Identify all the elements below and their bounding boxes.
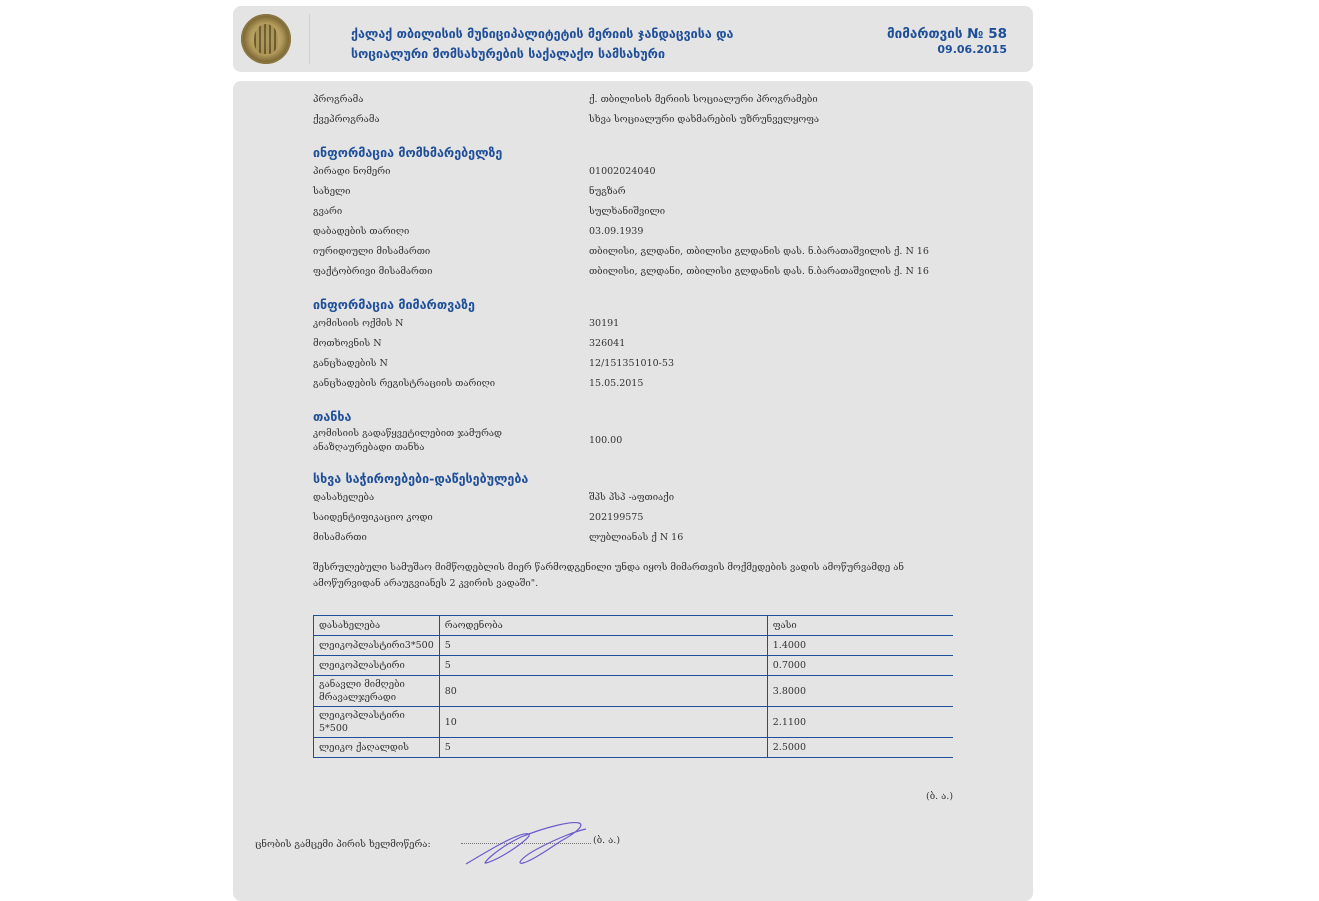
row-label: სახელი bbox=[313, 185, 589, 199]
beneficiary-section: ინფორმაცია მომხმარებელზე პირადი ნომერი 0… bbox=[313, 144, 953, 282]
row-label: განცხადების N bbox=[313, 357, 589, 371]
program-section: პროგრამა ქ. თბილისის მერიის სოციალური პრ… bbox=[313, 90, 953, 130]
header-divider bbox=[309, 14, 310, 64]
table-row: ლეიკო ქაღალდის 5 2.5000 bbox=[314, 738, 954, 758]
item-price: 0.7000 bbox=[767, 656, 953, 676]
section-title: ინფორმაცია მიმართვაზე bbox=[313, 296, 953, 314]
amount-section: თანხა კომისიის გადაწყვეტილებით ჯამურად ა… bbox=[313, 408, 953, 456]
info-row: გვარი სულხანიშვილი bbox=[313, 202, 953, 222]
section-title: სხვა საჭიროებები-დაწესებულება bbox=[313, 470, 953, 488]
item-name: ლეიკო ქაღალდის bbox=[314, 738, 440, 758]
row-label: კომისიის გადაწყვეტილებით ჯამურად ანაზღაუ… bbox=[313, 427, 589, 455]
row-value: ქ. თბილისის მერიის სოციალური პროგრამები bbox=[589, 93, 953, 107]
item-price: 2.5000 bbox=[767, 738, 953, 758]
row-label: მოთხოვნის N bbox=[313, 337, 589, 351]
item-name: ლეიკოპლასტირი3*500 bbox=[314, 636, 440, 656]
org-title-line1: ქალაქ თბილისის მუნიციპალიტეტის მერიის ჯა… bbox=[351, 24, 811, 44]
item-quantity: 5 bbox=[439, 656, 767, 676]
row-value: 15.05.2015 bbox=[589, 377, 953, 391]
row-label: საიდენტიფიკაციო კოდი bbox=[313, 511, 589, 525]
document-body: პროგრამა ქ. თბილისის მერიის სოციალური პრ… bbox=[233, 81, 1033, 877]
table-row: ლეიკოპლასტირი 5 0.7000 bbox=[314, 656, 954, 676]
info-row: სახელი ნუგზარ bbox=[313, 182, 953, 202]
row-value: 100.00 bbox=[589, 434, 953, 448]
table-row: ლეიკოპლასტირი 5*500 10 2.1100 bbox=[314, 707, 954, 738]
row-value: 30191 bbox=[589, 317, 953, 331]
row-label: ფაქტობრივი მისამართი bbox=[313, 265, 589, 279]
row-label: პროგრამა bbox=[313, 93, 589, 107]
item-quantity: 5 bbox=[439, 636, 767, 656]
referral-section: ინფორმაცია მიმართვაზე კომისიის ოქმის N 3… bbox=[313, 296, 953, 394]
item-price: 1.4000 bbox=[767, 636, 953, 656]
table-header-row: დასახელება რაოდენობა ფასი bbox=[314, 616, 954, 636]
terms-note: შესრულებული სამუშაო მიმწოდებლის მიერ წარ… bbox=[313, 560, 953, 592]
item-quantity: 80 bbox=[439, 676, 767, 707]
row-label: გვარი bbox=[313, 205, 589, 219]
row-label: დასახელება bbox=[313, 491, 589, 505]
table-row: ლეიკოპლასტირი3*500 5 1.4000 bbox=[314, 636, 954, 656]
table-row: განავლი მიმღები მრავალჯერადი 80 3.8000 bbox=[314, 676, 954, 707]
row-value: თბილისი, გლდანი, თბილისი გლდანის დას. ნ.… bbox=[589, 265, 953, 279]
item-name: ლეიკოპლასტირი bbox=[314, 656, 440, 676]
info-row: კომისიის გადაწყვეტილებით ჯამურად ანაზღაუ… bbox=[313, 426, 953, 456]
row-label: იურიდიული მისამართი bbox=[313, 245, 589, 259]
referral-date: 09.06.2015 bbox=[887, 43, 1007, 57]
section-title: ინფორმაცია მომხმარებელზე bbox=[313, 144, 953, 162]
row-value: ლუბლიანას ქ N 16 bbox=[589, 531, 953, 545]
item-price: 3.8000 bbox=[767, 676, 953, 707]
stamp-placeholder: (ბ. ა.) bbox=[926, 791, 953, 802]
city-emblem-logo bbox=[241, 14, 291, 64]
info-row: დაბადების თარიღი 03.09.1939 bbox=[313, 222, 953, 242]
item-name: განავლი მიმღები მრავალჯერადი bbox=[314, 676, 440, 707]
row-value: 326041 bbox=[589, 337, 953, 351]
item-price: 2.1100 bbox=[767, 707, 953, 738]
info-row: მოთხოვნის N 326041 bbox=[313, 334, 953, 354]
row-label: მისამართი bbox=[313, 531, 589, 545]
row-value: სხვა სოციალური დახმარების უზრუნველყოფა bbox=[589, 113, 953, 127]
item-quantity: 10 bbox=[439, 707, 767, 738]
row-value: 12/151351010-53 bbox=[589, 357, 953, 371]
row-value: ნუგზარ bbox=[589, 185, 953, 199]
row-value: თბილისი, გლდანი, თბილისი გლდანის დას. ნ.… bbox=[589, 245, 953, 259]
info-row: განცხადების რეგისტრაციის თარიღი 15.05.20… bbox=[313, 374, 953, 394]
row-value: შპს პსპ -აფთიაქი bbox=[589, 491, 953, 505]
signature-label: ცნობის გამცემი პირის ხელმოწერა: bbox=[255, 839, 431, 850]
referral-number-block: მიმართვის № 58 09.06.2015 bbox=[887, 25, 1007, 57]
row-value: 03.09.1939 bbox=[589, 225, 953, 239]
organization-title: ქალაქ თბილისის მუნიციპალიტეტის მერიის ჯა… bbox=[351, 24, 811, 64]
info-row: პროგრამა ქ. თბილისის მერიის სოციალური პრ… bbox=[313, 90, 953, 110]
info-row: მისამართი ლუბლიანას ქ N 16 bbox=[313, 528, 953, 548]
row-value: სულხანიშვილი bbox=[589, 205, 953, 219]
info-row: იურიდიული მისამართი თბილისი, გლდანი, თბი… bbox=[313, 242, 953, 262]
info-row: ფაქტობრივი მისამართი თბილისი, გლდანი, თბ… bbox=[313, 262, 953, 282]
items-table: დასახელება რაოდენობა ფასი ლეიკოპლასტირი3… bbox=[313, 615, 953, 758]
info-row: განცხადების N 12/151351010-53 bbox=[313, 354, 953, 374]
info-row: დასახელება შპს პსპ -აფთიაქი bbox=[313, 488, 953, 508]
row-value: 202199575 bbox=[589, 511, 953, 525]
row-label: ქვეპროგრამა bbox=[313, 113, 589, 127]
row-label: განცხადების რეგისტრაციის თარიღი bbox=[313, 377, 589, 391]
header-cell: რაოდენობა bbox=[439, 616, 767, 636]
info-row: საიდენტიფიკაციო კოდი 202199575 bbox=[313, 508, 953, 528]
provider-section: სხვა საჭიროებები-დაწესებულება დასახელება… bbox=[313, 470, 953, 548]
header-cell: ფასი bbox=[767, 616, 953, 636]
referral-number: მიმართვის № 58 bbox=[887, 25, 1007, 43]
row-value: 01002024040 bbox=[589, 165, 953, 179]
org-title-line2: სოციალური მომსახურების საქალაქო სამსახურ… bbox=[351, 44, 811, 64]
info-row: კომისიის ოქმის N 30191 bbox=[313, 314, 953, 334]
document-header: ქალაქ თბილისის მუნიციპალიტეტის მერიის ჯა… bbox=[233, 6, 1033, 72]
row-label: პირადი ნომერი bbox=[313, 165, 589, 179]
item-name: ლეიკოპლასტირი 5*500 bbox=[314, 707, 440, 738]
header-cell: დასახელება bbox=[314, 616, 440, 636]
item-quantity: 5 bbox=[439, 738, 767, 758]
row-label: კომისიის ოქმის N bbox=[313, 317, 589, 331]
section-title: თანხა bbox=[313, 408, 953, 426]
row-label: დაბადების თარიღი bbox=[313, 225, 589, 239]
signature-stamp-placeholder: (ბ. ა.) bbox=[593, 835, 620, 846]
info-row: პირადი ნომერი 01002024040 bbox=[313, 162, 953, 182]
signature-scribble-icon bbox=[461, 819, 591, 873]
info-row: ქვეპროგრამა სხვა სოციალური დახმარების უზ… bbox=[313, 110, 953, 130]
document-content: პროგრამა ქ. თბილისის მერიის სოციალური პრ… bbox=[313, 90, 953, 758]
